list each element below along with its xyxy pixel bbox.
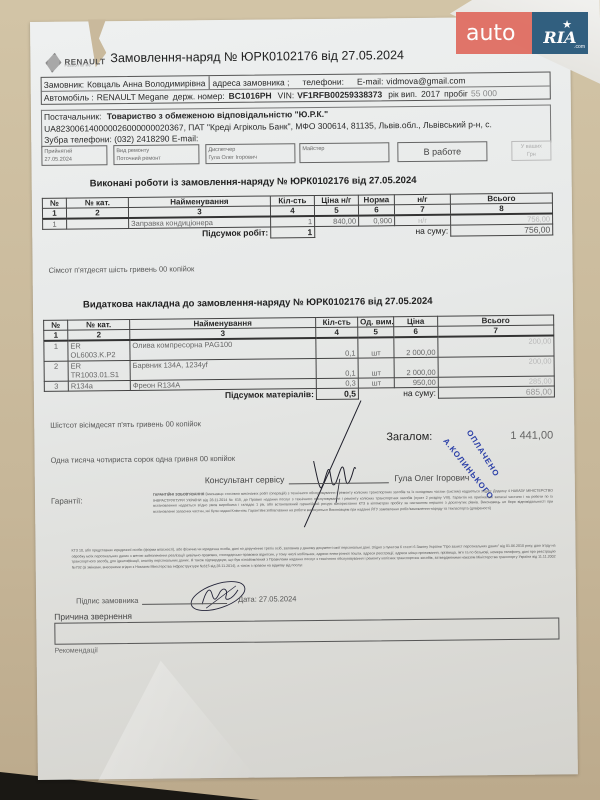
plate-number: BC1016PH [229, 90, 272, 100]
year-label: рік вип. [388, 89, 417, 99]
col-number: 4 [270, 206, 314, 217]
customer-info-box: Замовник: Ковцаль Анна Володимирівна адр… [41, 72, 551, 105]
row-price: 2 000,00 [394, 357, 438, 377]
row-no: 2 [44, 361, 68, 381]
supplier-name: Товариство з обмеженою відповідальністю … [107, 109, 328, 121]
works-sum-value: 756,00 [451, 224, 553, 236]
reason-field [54, 617, 559, 644]
vin-label: VIN: [278, 90, 295, 100]
row-norm: 0,900 [359, 215, 395, 226]
signature-line [288, 475, 388, 484]
materials-sum-in-words: Шістсот вісімдесят п'ять гривень 00 копі… [50, 419, 201, 430]
phones-label: телефони: [302, 76, 344, 86]
plate-label: держ. номер: [173, 91, 225, 102]
consultant-name: Гула Олег Ігорович [394, 472, 469, 483]
client-signature-row: Підпис замовника [76, 595, 231, 606]
row-price: 950,00 [394, 377, 438, 387]
col-qty: Кіл-сть [316, 317, 358, 327]
materials-summary-qty: 0,5 [316, 388, 358, 399]
mileage-value: 55 000 [471, 88, 497, 98]
watermark-ria-text: RIA [543, 30, 576, 45]
dispatcher-value: Гула Олег Ігорович [208, 153, 292, 162]
row-cat: EROL6003.K.P2 [68, 340, 130, 361]
row-cat: R134a [68, 380, 130, 391]
vehicle-model: RENAULT Megane [97, 92, 169, 103]
col-no: № [44, 320, 68, 330]
client-date-value: 27.05.2024 [259, 594, 297, 603]
row-total: 285,00 [438, 376, 554, 387]
customer-name: Ковцаль Анна Володимирівна [87, 78, 205, 89]
vin-number: VF1RFB00259338373 [297, 89, 382, 100]
row-name: Олива компресорна PAG100 [130, 338, 316, 360]
col-norm: Норма [358, 195, 394, 205]
consultant-signature-row: Консультант сервісу Гула Олег Ігорович [205, 472, 470, 485]
row-unit: шт [358, 337, 394, 357]
col-number: 2 [68, 329, 130, 340]
divider [208, 76, 209, 89]
works-sum-label: на суму: [315, 225, 451, 237]
grand-total-in-words: Одна тисяча чотириста сорок одна гривня … [51, 454, 236, 465]
materials-sum-value: 685,00 [438, 386, 554, 398]
col-qty: Кіл-сть [270, 196, 314, 206]
order-state-box: В работе [397, 141, 487, 162]
row-total: 200,00 [438, 336, 554, 357]
row-unit: шт [358, 357, 394, 377]
guarantee-text: ГАРАНТІЙНІ ЗОБОВ'ЯЗАННЯ Виконавця стосов… [153, 489, 553, 516]
row-cat: ERTR1003.01.S1 [68, 360, 130, 381]
row-total: 200,00 [438, 356, 554, 377]
extra-box: У ваших Грн [511, 141, 551, 161]
col-cat: № кат. [68, 319, 130, 330]
col-number: 7 [394, 204, 450, 215]
materials-title: Видаткова накладна до замовлення-наряду … [83, 296, 433, 311]
col-number: 4 [316, 327, 358, 338]
row-cat [67, 218, 129, 229]
col-number: 6 [394, 326, 438, 337]
col-unit: Од. вим. [358, 317, 394, 327]
watermark-auto: auto [456, 12, 532, 54]
col-price: Ціна н/г [314, 195, 358, 205]
materials-summary-label: Підсумок матеріалів: [44, 388, 316, 402]
consent-text: КТЗ 10, або представник юридичної особи … [72, 544, 556, 571]
repair-type-box: Вид ремонту Поточний ремонт [113, 144, 199, 165]
col-no: № [42, 198, 66, 208]
customer-email: vidmova@gmail.com [386, 75, 465, 86]
works-title: Виконані роботи із замовлення-наряду № Ю… [90, 175, 417, 189]
dispatcher-box: Диспетчер Гула Олег Ігорович [205, 143, 295, 164]
client-date: Дата: 27.05.2024 [238, 594, 296, 604]
col-number: 5 [358, 327, 394, 338]
master-label: Майстер [302, 144, 386, 153]
reason-label: Причина звернення [54, 611, 132, 622]
signature-line [142, 596, 227, 605]
works-summary-label: Підсумок робіт: [43, 227, 271, 240]
row-no: 3 [44, 381, 68, 391]
logo-subtext: Passion for life [64, 62, 90, 67]
status-row: Прийнятий 27.05.2024 Вид ремонту Поточни… [41, 140, 561, 167]
works-summary-qty: 1 [271, 227, 315, 238]
materials-table: № № кат. Найменування Кіл-сть Од. вим. Ц… [43, 315, 555, 403]
row-cat-line-2: TR1003.01.S1 [71, 369, 128, 379]
row-qty: 0,1 [316, 338, 358, 358]
grand-total-label: Загалом: [386, 431, 432, 443]
client-signature-label: Підпис замовника [76, 596, 138, 606]
col-number: 1 [42, 208, 66, 219]
guarantee-label: Гарантії: [51, 496, 83, 505]
col-price: Ціна [394, 316, 438, 326]
email-label: E-mail: [357, 76, 384, 86]
row-cat-line-1: R134a [71, 380, 128, 390]
document-title: Замовлення-наряд № ЮРК0102176 від 27.05.… [110, 48, 404, 65]
works-sum-in-words: Сімсот п'ятдесят шість гривень 00 копійо… [49, 264, 195, 275]
watermark-ria: ★ RIA .com [532, 12, 588, 54]
extra-value: Грн [514, 151, 548, 159]
recommendations-label: Рекомендації [55, 647, 98, 654]
row-price: 840,00 [315, 216, 359, 227]
customer-label: Замовник: [44, 79, 85, 89]
works-table: № № кат. Найменування Кіл-сть Ціна н/г Н… [42, 193, 553, 241]
renault-logo: RENAULT Passion for life [44, 51, 105, 72]
supplier-label: Постачальник: [44, 111, 102, 122]
year-value: 2017 [421, 89, 440, 99]
mileage-label: пробіг [444, 88, 468, 98]
col-number: 6 [358, 205, 394, 216]
row-no: 1 [44, 341, 68, 361]
row-name: Барвник 134A, 1234yf [130, 358, 316, 380]
row-total: 756,00 [451, 214, 553, 226]
autoria-watermark: auto ★ RIA .com [456, 12, 588, 54]
consultant-label: Консультант сервісу [205, 474, 285, 485]
renault-diamond-icon [44, 52, 60, 72]
col-cat: № кат. [66, 197, 128, 208]
materials-sum-label: на суму: [358, 387, 438, 399]
col-number: 5 [314, 205, 358, 216]
master-box: Майстер [299, 142, 389, 163]
client-date-label: Дата: [238, 595, 257, 604]
row-qty: 0,3 [316, 378, 358, 388]
row-qty: 1 [271, 216, 315, 227]
repair-type-value: Поточний ремонт [116, 154, 196, 163]
work-order-document: RENAULT Passion for life Замовлення-наря… [30, 16, 578, 780]
vehicle-label: Автомобіль : [44, 92, 94, 103]
row-no: 1 [43, 219, 67, 230]
address-label: адреса замовника ; [212, 77, 289, 88]
guarantee-lead: ГАРАНТІЙНІ ЗОБОВ'ЯЗАННЯ [153, 492, 204, 497]
col-hours: н/г [394, 194, 450, 205]
accepted-value: 27.05.2024 [44, 155, 104, 164]
watermark-domain: .com [574, 44, 585, 50]
row-price: 2 000,00 [394, 337, 438, 357]
col-number: 1 [44, 330, 68, 341]
row-hours: н/г [395, 215, 451, 226]
row-qty: 0,1 [316, 358, 358, 378]
col-number: 2 [66, 207, 128, 218]
row-unit: шт [358, 377, 394, 387]
accepted-box: Прийнятий 27.05.2024 [41, 145, 107, 166]
guarantee-body: Виконавця стосовно виконаних робіт (опер… [153, 489, 553, 514]
order-state: В работе [424, 147, 462, 155]
row-cat-line-2: OL6003.K.P2 [70, 350, 127, 360]
